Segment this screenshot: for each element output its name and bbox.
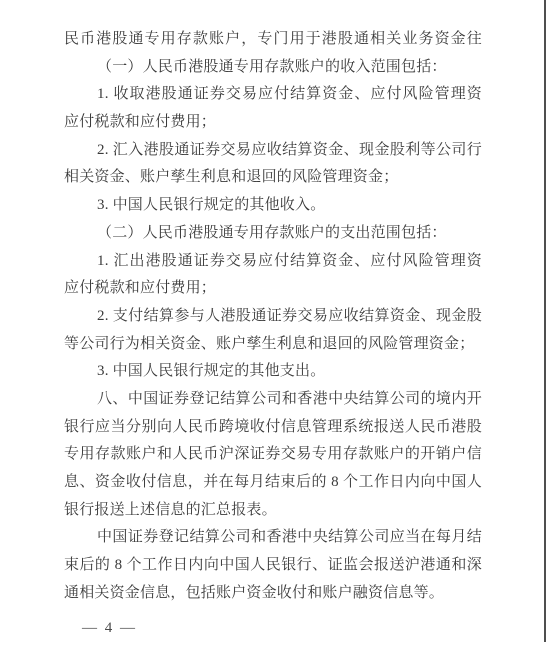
text-line: 中国证券登记结算公司和香港中央结算公司应当在每月结 <box>64 524 482 552</box>
text-line: 3. 中国人民银行规定的其他支出。 <box>64 358 482 386</box>
text-line: 应付税款和应付费用； <box>64 109 482 137</box>
text-line: 专用存款账户和人民币沪深证券交易专用存款账户的开销户信 <box>64 441 482 469</box>
text-line: 3. 中国人民银行规定的其他收入。 <box>64 192 482 220</box>
text-line: 1. 收取港股通证券交易应付结算资金、应付风险管理资金、 <box>64 81 482 109</box>
page-number: — 4 — <box>82 618 137 638</box>
scan-edge-line <box>544 0 546 642</box>
text-line: 1. 汇出港股通证券交易应付结算资金、应付风险管理资金、 <box>64 248 482 276</box>
text-line: 银行应当分别向人民币跨境收付信息管理系统报送人民币港股通 <box>64 414 482 442</box>
text-line: 通相关资金信息，包括账户资金收付和账户融资信息等。 <box>64 580 482 608</box>
text-line: 束后的 8 个工作日内向中国人民银行、证监会报送沪港通和深港 <box>64 552 482 580</box>
document-body: 民币港股通专用存款账户，专门用于港股通相关业务资金往来。（一）人民币港股通专用存… <box>64 26 482 607</box>
text-line: 民币港股通专用存款账户，专门用于港股通相关业务资金往来。 <box>64 26 482 54</box>
text-line: 应付税款和应付费用； <box>64 275 482 303</box>
text-line: 等公司行为相关资金、账户孳生利息和退回的风险管理资金； <box>64 331 482 359</box>
document-page: 民币港股通专用存款账户，专门用于港股通相关业务资金往来。（一）人民币港股通专用存… <box>0 0 550 649</box>
text-line: 2. 汇入港股通证券交易应收结算资金、现金股利等公司行为 <box>64 137 482 165</box>
text-line: （一）人民币港股通专用存款账户的收入范围包括： <box>64 54 482 82</box>
text-line: 相关资金、账户孳生利息和退回的风险管理资金； <box>64 164 482 192</box>
text-line: （二）人民币港股通专用存款账户的支出范围包括： <box>64 220 482 248</box>
text-line: 银行报送上述信息的汇总报表。 <box>64 497 482 525</box>
text-line: 八、中国证券登记结算公司和香港中央结算公司的境内开户 <box>64 386 482 414</box>
text-line: 2. 支付结算参与人港股通证券交易应收结算资金、现金股利 <box>64 303 482 331</box>
text-line: 息、资金收付信息，并在每月结束后的 8 个工作日内向中国人民 <box>64 469 482 497</box>
